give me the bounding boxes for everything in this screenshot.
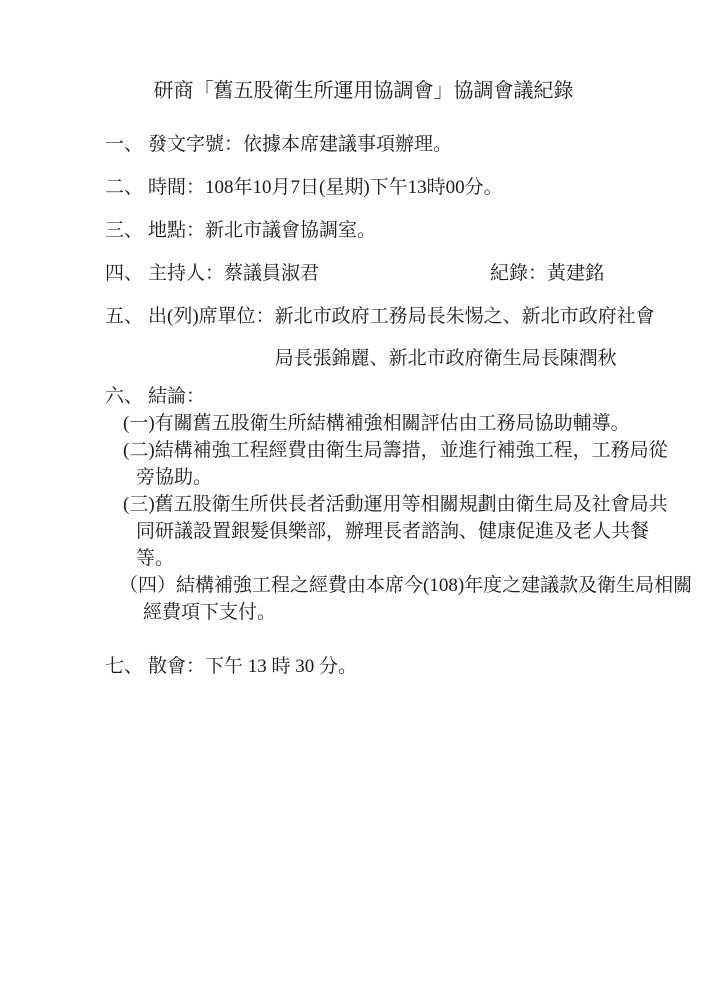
item-conclusions: 六、 結論： (一)有關舊五股衛生所結構補強相關評估由工務局協助輔導。 (二)結… [105,383,707,626]
conclusions-heading: 六、 結論： [105,383,707,410]
item-attendees-list: 新北市政府工務局長朱惕之、新北市政府社會 局長張錦麗、新北市政府衛生局長陳潤秋 [275,305,655,370]
item-location-text: 地點：新北市議會協調室。 [148,219,376,242]
item-number-label: 一、 [105,133,148,156]
item-issue-number-text: 發文字號：依據本席建議事項辦理。 [148,133,452,156]
conclusion-2-line-1: (二)結構補強工程經費由衛生局籌措，並進行補強工程，工務局從 [123,437,707,464]
item-adjournment-text: 散會：下午 13 時 30 分。 [148,655,357,678]
conclusion-3-line-1: (三)舊五股衛生所供長者活動運用等相關規劃由衛生局及社會局共 [123,491,707,518]
item-number-label: 三、 [105,219,148,242]
attendees-line-1: 新北市政府工務局長朱惕之、新北市政府社會 [275,305,655,328]
conclusions-heading-text: 結論： [148,383,205,410]
item-issue-number: 一、 發文字號：依據本席建議事項辦理。 [105,133,707,156]
document-title: 研商「舊五股衛生所運用協調會」協調會議紀錄 [20,78,707,104]
item-time: 二、 時間：108年10月7日(星期)下午13時00分。 [105,176,707,199]
item-number-label: 二、 [105,176,148,199]
item-adjournment: 七、 散會：下午 13 時 30 分。 [105,655,707,678]
conclusion-3-line-3: 等。 [136,545,707,572]
item-location: 三、 地點：新北市議會協調室。 [105,219,707,242]
conclusion-4-line-1: （四）結構補強工程之經費由本席今(108)年度之建議款及衛生局相關 [119,572,707,599]
conclusion-3: (三)舊五股衛生所供長者活動運用等相關規劃由衛生局及社會局共 同研議設置銀髮俱樂… [105,491,707,572]
item-attendees-label: 出(列)席單位： [148,305,275,370]
item-attendees: 五、 出(列)席單位： 新北市政府工務局長朱惕之、新北市政府社會 局長張錦麗、新… [105,305,707,370]
item-number-label: 六、 [105,383,148,410]
attendees-line-2: 局長張錦麗、新北市政府衛生局長陳潤秋 [275,347,655,370]
item-number-label: 五、 [105,305,148,370]
conclusion-3-line-2: 同研議設置銀髮俱樂部，辦理長者諮詢、健康促進及老人共餐 [136,518,707,545]
item-number-label: 四、 [105,262,148,285]
meeting-minutes-page: 研商「舊五股衛生所運用協調會」協調會議紀錄 一、 發文字號：依據本席建議事項辦理… [0,0,707,1000]
conclusion-2: (二)結構補強工程經費由衛生局籌措，並進行補強工程，工務局從 旁協助。 [105,437,707,491]
item-chairperson: 四、 主持人：蔡議員淑君 紀錄：黃建銘 [105,262,707,285]
item-number-label: 七、 [105,655,148,678]
conclusion-2-line-2: 旁協助。 [136,464,707,491]
item-chairperson-text: 主持人：蔡議員淑君 [148,262,319,285]
conclusion-4: （四）結構補強工程之經費由本席今(108)年度之建議款及衛生局相關 經費項下支付… [105,572,707,626]
item-time-text: 時間：108年10月7日(星期)下午13時00分。 [148,176,503,199]
recorder-text: 紀錄：黃建銘 [490,262,604,285]
conclusion-1: (一)有關舊五股衛生所結構補強相關評估由工務局協助輔導。 [105,410,707,437]
conclusion-1-line-1: (一)有關舊五股衛生所結構補強相關評估由工務局協助輔導。 [123,410,707,437]
conclusion-4-line-2: 經費項下支付。 [143,599,707,626]
